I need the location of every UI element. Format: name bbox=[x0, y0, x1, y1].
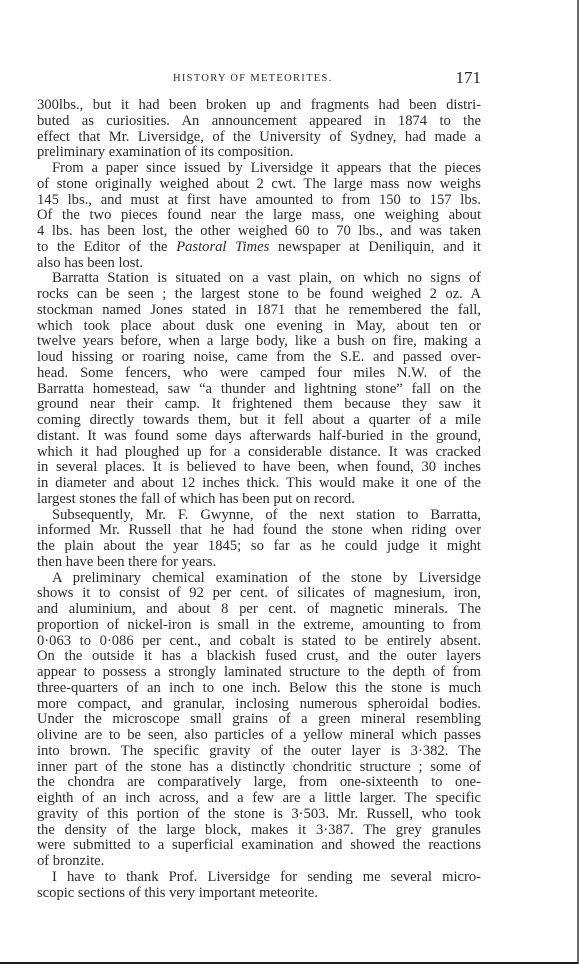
text-line: the density of the large block, makes it… bbox=[37, 823, 481, 839]
text-line: into brown. The specific gravity of the … bbox=[37, 744, 481, 760]
text-line: Barratta homestead, saw “a thunder and l… bbox=[37, 382, 481, 398]
text-line: Barratta Station is situated on a vast p… bbox=[37, 271, 481, 287]
paragraph-3: Barratta Station is situated on a vast p… bbox=[37, 271, 481, 507]
paragraph-1: 300lbs., but it had been broken up and f… bbox=[37, 98, 481, 161]
newspaper-title: Pastoral Times bbox=[176, 239, 269, 255]
text-line: in diameter and about 12 inches thick. T… bbox=[37, 476, 481, 492]
text-line: 4 lbs. has been lost, the other weighed … bbox=[37, 224, 481, 240]
text-line: twelve years before, when a large body, … bbox=[37, 334, 481, 350]
text-line: the plain about the year 1845; so far as… bbox=[37, 539, 481, 555]
text-line: loud hissing or roaring noise, came from… bbox=[37, 350, 481, 366]
text-line: buted as curiosities. An announcement ap… bbox=[37, 114, 481, 130]
text-line: From a paper since issued by Liversidge … bbox=[37, 161, 481, 177]
text-line: proportion of nickel-iron is small in th… bbox=[37, 618, 481, 634]
text-line: effect that Mr. Liversidge, of the Unive… bbox=[37, 130, 481, 146]
text-line: I have to thank Prof. Liversidge for sen… bbox=[37, 870, 481, 886]
paragraph-4: Subsequently, Mr. F. Gwynne, of the next… bbox=[37, 508, 481, 571]
text-line: stockman named Jones stated in 1871 that… bbox=[37, 303, 481, 319]
text-line: to the Editor of the Pastoral Times news… bbox=[37, 240, 481, 256]
text-line: largest stones the fall of which has bee… bbox=[37, 492, 481, 508]
text-line: distant. It was found some days afterwar… bbox=[37, 429, 481, 445]
text-line: coming directly towards them, but it fel… bbox=[37, 413, 481, 429]
text-line: more compact, and granular, inclosing nu… bbox=[37, 697, 481, 713]
text-line: in several places. It is believed to hav… bbox=[37, 460, 481, 476]
text-line: head. Some fencers, who were camped four… bbox=[37, 366, 481, 382]
text-line: informed Mr. Russell that he had found t… bbox=[37, 523, 481, 539]
text-line: Subsequently, Mr. F. Gwynne, of the next… bbox=[37, 508, 481, 524]
text-line: olivine are to be seen, also particles o… bbox=[37, 728, 481, 744]
text-line: which it had ploughed up for a considera… bbox=[37, 445, 481, 461]
text-line: and aluminium, and about 8 per cent. of … bbox=[37, 602, 481, 618]
paragraph-6: I have to thank Prof. Liversidge for sen… bbox=[37, 870, 481, 902]
running-title: HISTORY OF METEORITES. bbox=[173, 73, 333, 84]
text-line: Under the microscope small grains of a g… bbox=[37, 712, 481, 728]
text-line: gravity of this portion of the stone is … bbox=[37, 807, 481, 823]
page-number: 171 bbox=[456, 68, 482, 88]
text-line: On the outside it has a blackish fused c… bbox=[37, 649, 481, 665]
text-line: the chondra are comparatively large, fro… bbox=[37, 775, 481, 791]
text-run: newspaper at Deniliquin, and it bbox=[269, 239, 481, 255]
text-line: of bronzite. bbox=[37, 854, 481, 870]
running-head: HISTORY OF METEORITES. 171 bbox=[37, 70, 481, 88]
text-line: scopic sections of this very important m… bbox=[37, 886, 481, 902]
text-line: 0·063 to 0·086 per cent., and cobalt is … bbox=[37, 634, 481, 650]
text-line: of stone originally weighed about 2 cwt.… bbox=[37, 177, 481, 193]
text-line: eighth of an inch across, and a few are … bbox=[37, 791, 481, 807]
paragraph-5: A preliminary chemical examination of th… bbox=[37, 571, 481, 870]
text-line: preliminary examination of its compositi… bbox=[37, 145, 481, 161]
text-line: also has been lost. bbox=[37, 256, 481, 272]
text-line: which took place about dusk one evening … bbox=[37, 319, 481, 335]
text-line: inner part of the stone has a distinctly… bbox=[37, 760, 481, 776]
text-line: rocks can be seen ; the largest stone to… bbox=[37, 287, 481, 303]
text-line: Of the two pieces found near the large m… bbox=[37, 208, 481, 224]
text-line: ground near their camp. It frightened th… bbox=[37, 397, 481, 413]
text-line: shows it to consist of 92 per cent. of s… bbox=[37, 586, 481, 602]
body-text: 300lbs., but it had been broken up and f… bbox=[37, 98, 481, 901]
text-line: 145 lbs., and must at first have amounte… bbox=[37, 193, 481, 209]
text-line: appear to possess a strongly laminated s… bbox=[37, 665, 481, 681]
paragraph-2: From a paper since issued by Liversidge … bbox=[37, 161, 481, 271]
document-page: HISTORY OF METEORITES. 171 300lbs., but … bbox=[0, 0, 579, 964]
text-line: 300lbs., but it had been broken up and f… bbox=[37, 98, 481, 114]
text-line: then have been there for years. bbox=[37, 555, 481, 571]
text-line: three-quarters of an inch to one inch. B… bbox=[37, 681, 481, 697]
text-line: were submitted to a superficial examinat… bbox=[37, 838, 481, 854]
text-line: A preliminary chemical examination of th… bbox=[37, 571, 481, 587]
text-run: to the Editor of the bbox=[37, 239, 176, 255]
